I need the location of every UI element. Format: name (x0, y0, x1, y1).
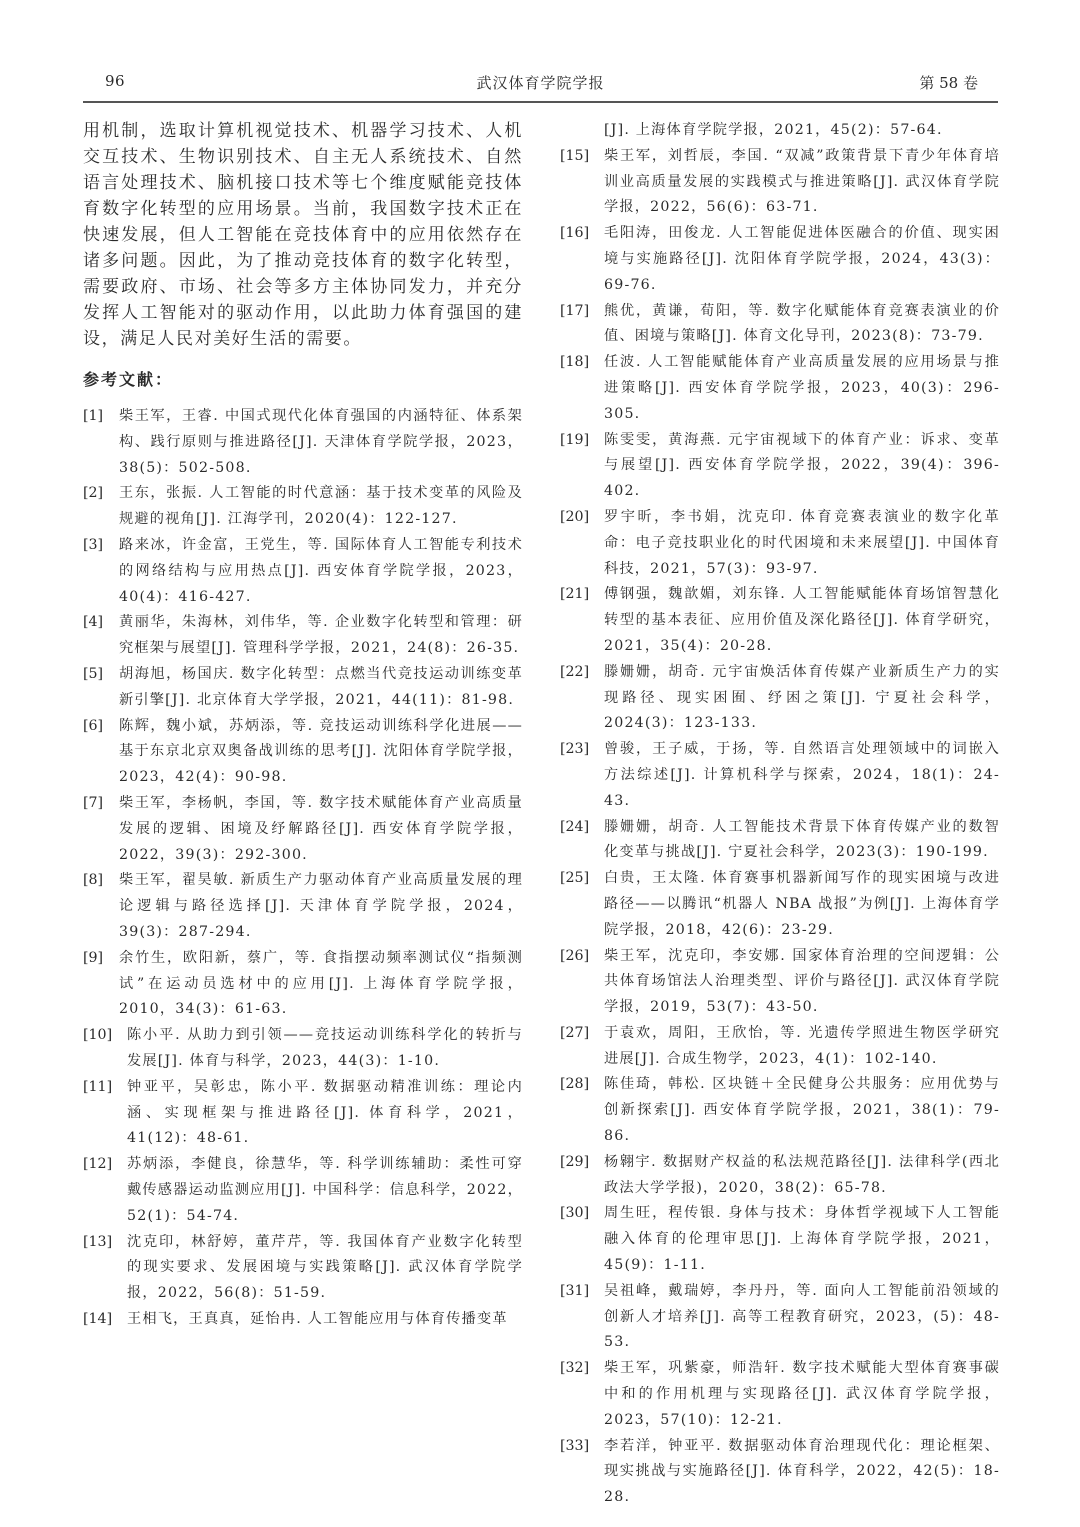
reference-number: [14] (83, 1307, 112, 1333)
reference-number: [30] (560, 1201, 589, 1227)
reference-text: 李若洋，钟亚平. 数据驱动体育治理现代化：理论框架、现实挑战与实施路径[J]. … (604, 1438, 1000, 1506)
reference-text: 柴王军，李杨帆，李国，等. 数字技术赋能体育产业高质量发展的逻辑、困境及纾解路径… (119, 795, 523, 863)
reference-text: 罗宇昕，李书娟，沈克印. 体育竞赛表演业的数字化革命：电子竞技职业化的时代困境和… (604, 509, 1000, 577)
reference-item: [28]陈佳琦，韩松. 区块链＋全民健身公共服务：应用优势与创新探索[J]. 西… (560, 1072, 1000, 1149)
reference-number: [20] (560, 505, 589, 531)
reference-number: [23] (560, 737, 589, 763)
reference-number: [1] (83, 404, 103, 430)
volume-label: 第 58 卷 (919, 72, 978, 93)
reference-number: [16] (560, 221, 589, 247)
reference-item: [13]沈克印，林舒婷，董芹芹，等. 我国体育产业数字化转型的现实要求、发展困境… (83, 1230, 523, 1307)
reference-number: [17] (560, 299, 589, 325)
reference-item: [8]柴王军，翟昊敏. 新质生产力驱动体育产业高质量发展的理论逻辑与路径选择[J… (83, 868, 523, 945)
reference-number: [27] (560, 1021, 589, 1047)
reference-text: 陈雯雯，黄海燕. 元宇宙视域下的体育产业：诉求、变革与展望[J]. 西安体育学院… (604, 432, 1000, 500)
reference-number: [4] (83, 610, 103, 636)
reference-item: [4]黄丽华，朱海林，刘伟华，等. 企业数字化转型和管理：研究框架与展望[J].… (83, 610, 523, 662)
reference-number: [13] (83, 1230, 112, 1256)
reference-item: [15]柴王军，刘哲辰，李国. “双减”政策背景下青少年体育培训业高质量发展的实… (560, 144, 1000, 221)
reference-text: 杨翱宇. 数据财产权益的私法规范路径[J]. 法律科学(西北政法大学学报)，20… (604, 1154, 1000, 1196)
reference-number: [3] (83, 533, 103, 559)
reference-item: [32]柴王军，巩紫豪，师浩轩. 数字技术赋能大型体育赛事碳中和的作用机理与实现… (560, 1356, 1000, 1433)
reference-number: [10] (83, 1023, 112, 1049)
reference-number: [18] (560, 350, 589, 376)
reference-item: [21]傅钢强，魏歆媚，刘东锋. 人工智能赋能体育场馆智慧化转型的基本表征、应用… (560, 582, 1000, 659)
reference-item: [24]滕姗姗，胡奇. 人工智能技术背景下体育传媒产业的数智化变革与挑战[J].… (560, 815, 1000, 867)
reference-item: [5]胡海旭，杨国庆. 数字化转型：点燃当代竞技运动训练变革新引擎[J]. 北京… (83, 662, 523, 714)
reference-item: [23]曾骏，王子威，于扬，等. 自然语言处理领域中的词嵌入方法综述[J]. 计… (560, 737, 1000, 814)
reference-item: [19]陈雯雯，黄海燕. 元宇宙视域下的体育产业：诉求、变革与展望[J]. 西安… (560, 428, 1000, 505)
references-heading: 参考文献： (83, 367, 523, 390)
reference-item: [9]余竹生，欧阳新，蔡广，等. 食指摆动频率测试仪“指频测试”在运动员选材中的… (83, 946, 523, 1023)
reference-item: [12]苏炳添，李健良，徐慧华，等. 科学训练辅助：柔性可穿戴传感器运动监测应用… (83, 1152, 523, 1229)
reference-text: 于袁欢，周阳，王欣怡，等. 光遗传学照进生物医学研究进展[J]. 合成生物学，2… (604, 1025, 1000, 1067)
reference-text: 傅钢强，魏歆媚，刘东锋. 人工智能赋能体育场馆智慧化转型的基本表征、应用价值及深… (604, 586, 1000, 654)
reference-number: [24] (560, 815, 589, 841)
reference-number: [9] (83, 946, 103, 972)
reference-item: [33]李若洋，钟亚平. 数据驱动体育治理现代化：理论框架、现实挑战与实施路径[… (560, 1434, 1000, 1511)
reference-number: [7] (83, 791, 103, 817)
reference-item: [22]滕姗姗，胡奇. 元宇宙焕活体育传媒产业新质生产力的实现路径、现实困囿、纾… (560, 660, 1000, 737)
reference-number: [2] (83, 481, 103, 507)
reference-text: 滕姗姗，胡奇. 元宇宙焕活体育传媒产业新质生产力的实现路径、现实困囿、纾困之策[… (604, 664, 1000, 732)
reference-number: [33] (560, 1434, 589, 1460)
reference-text: 柴王军，刘哲辰，李国. “双减”政策背景下青少年体育培训业高质量发展的实践模式与… (604, 148, 1000, 216)
reference-text: 柴王军，王睿. 中国式现代化体育强国的内涵特征、体系架构、践行原则与推进路径[J… (119, 408, 523, 476)
reference-number: [8] (83, 868, 103, 894)
reference-item: [1]柴王军，王睿. 中国式现代化体育强国的内涵特征、体系架构、践行原则与推进路… (83, 404, 523, 481)
reference-text: 吴祖峰，戴瑞婷，李丹丹，等. 面向人工智能前沿领域的创新人才培养[J]. 高等工… (604, 1283, 1000, 1351)
reference-text: 滕姗姗，胡奇. 人工智能技术背景下体育传媒产业的数智化变革与挑战[J]. 宁夏社… (604, 819, 1000, 861)
reference-text: 沈克印，林舒婷，董芹芹，等. 我国体育产业数字化转型的现实要求、发展困境与实践策… (127, 1234, 523, 1302)
reference-number: [19] (560, 428, 589, 454)
reference-number: [31] (560, 1279, 589, 1305)
journal-title: 武汉体育学院学报 (83, 72, 998, 93)
reference-text: 柴王军，翟昊敏. 新质生产力驱动体育产业高质量发展的理论逻辑与路径选择[J]. … (119, 872, 523, 940)
reference-text: 路来冰，许金富，王党生，等. 国际体育人工智能专利技术的网络结构与应用热点[J]… (119, 537, 523, 605)
reference-item: [11]钟亚平，吴彰忠，陈小平. 数据驱动精准训练：理论内涵、实现框架与推进路径… (83, 1075, 523, 1152)
reference-text: 陈辉，魏小斌，苏炳添，等. 竞技运动训练科学化进展——基于东京北京双奥备战训练的… (119, 718, 523, 786)
reference-text: 柴王军，巩紫豪，师浩轩. 数字技术赋能大型体育赛事碳中和的作用机理与实现路径[J… (604, 1360, 1000, 1428)
reference-list-right: [15]柴王军，刘哲辰，李国. “双减”政策背景下青少年体育培训业高质量发展的实… (560, 144, 1000, 1511)
reference-text: 余竹生，欧阳新，蔡广，等. 食指摆动频率测试仪“指频测试”在运动员选材中的应用[… (119, 950, 523, 1018)
reference-text: 陈小平. 从助力到引领——竞技运动训练科学化的转折与发展[J]. 体育与科学，2… (127, 1027, 523, 1069)
reference-text: 白贵，王太隆. 体育赛事机器新闻写作的现实困境与改进路径——以腾讯“机器人 NB… (604, 870, 1000, 938)
reference-item: [20]罗宇昕，李书娟，沈克印. 体育竞赛表演业的数字化革命：电子竞技职业化的时… (560, 505, 1000, 582)
header-rule (83, 101, 998, 103)
reference-item: [2]王东，张振. 人工智能的时代意涵：基于技术变革的风险及规避的视角[J]. … (83, 481, 523, 533)
reference-number: [15] (560, 144, 589, 170)
reference-item: [7]柴王军，李杨帆，李国，等. 数字技术赋能体育产业高质量发展的逻辑、困境及纾… (83, 791, 523, 868)
reference-item: [17]熊优，黄谦，荀阳，等. 数字化赋能体育竞赛表演业的价值、困境与策略[J]… (560, 299, 1000, 351)
reference-item: [25]白贵，王太隆. 体育赛事机器新闻写作的现实困境与改进路径——以腾讯“机器… (560, 866, 1000, 943)
reference-item: [3]路来冰，许金富，王党生，等. 国际体育人工智能专利技术的网络结构与应用热点… (83, 533, 523, 610)
reference-text: 周生旺，程传银. 身体与技术：身体哲学视域下人工智能融入体育的伦理审思[J]. … (604, 1205, 1000, 1273)
reference-number: [26] (560, 944, 589, 970)
reference-text: 任波. 人工智能赋能体育产业高质量发展的应用场景与推进策略[J]. 西安体育学院… (604, 354, 1000, 422)
reference-number: [28] (560, 1072, 589, 1098)
reference-number: [21] (560, 582, 589, 608)
reference-number: [25] (560, 866, 589, 892)
reference-item: [10]陈小平. 从助力到引领——竞技运动训练科学化的转折与发展[J]. 体育与… (83, 1023, 523, 1075)
reference-list-left: [1]柴王军，王睿. 中国式现代化体育强国的内涵特征、体系架构、践行原则与推进路… (83, 404, 523, 1333)
reference-item: [30]周生旺，程传银. 身体与技术：身体哲学视域下人工智能融入体育的伦理审思[… (560, 1201, 1000, 1278)
body-paragraph: 用机制，选取计算机视觉技术、机器学习技术、人机交互技术、生物识别技术、自主无人系… (83, 118, 523, 352)
reference-number: [11] (83, 1075, 112, 1101)
reference-text: 黄丽华，朱海林，刘伟华，等. 企业数字化转型和管理：研究框架与展望[J]. 管理… (119, 614, 523, 656)
reference-item: [26]柴王军，沈克印，李安娜. 国家体育治理的空间逻辑：公共体育场馆法人治理类… (560, 944, 1000, 1021)
reference-continuation: [J]. 上海体育学院学报，2021，45(2)：57-64. (560, 118, 1000, 144)
reference-text: 钟亚平，吴彰忠，陈小平. 数据驱动精准训练：理论内涵、实现框架与推进路径[J].… (127, 1079, 523, 1147)
reference-text: 王相飞，王真真，延怡冉. 人工智能应用与体育传播变革 (127, 1311, 508, 1327)
reference-text: 胡海旭，杨国庆. 数字化转型：点燃当代竞技运动训练变革新引擎[J]. 北京体育大… (119, 666, 523, 708)
reference-number: [5] (83, 662, 103, 688)
reference-text: 苏炳添，李健良，徐慧华，等. 科学训练辅助：柔性可穿戴传感器运动监测应用[J].… (127, 1156, 523, 1224)
right-column: [J]. 上海体育学院学报，2021，45(2)：57-64. [15]柴王军，… (560, 118, 1000, 1511)
reference-item: [6]陈辉，魏小斌，苏炳添，等. 竞技运动训练科学化进展——基于东京北京双奥备战… (83, 714, 523, 791)
reference-item: [16]毛阳涛，田俊龙. 人工智能促进体医融合的价值、现实困境与实施路径[J].… (560, 221, 1000, 298)
reference-number: [12] (83, 1152, 112, 1178)
reference-text: 柴王军，沈克印，李安娜. 国家体育治理的空间逻辑：公共体育场馆法人治理类型、评价… (604, 948, 1000, 1016)
reference-text: 熊优，黄谦，荀阳，等. 数字化赋能体育竞赛表演业的价值、困境与策略[J]. 体育… (604, 303, 1000, 345)
left-column: 用机制，选取计算机视觉技术、机器学习技术、人机交互技术、生物识别技术、自主无人系… (83, 118, 523, 1333)
reference-number: [6] (83, 714, 103, 740)
reference-number: [22] (560, 660, 589, 686)
reference-item: [14]王相飞，王真真，延怡冉. 人工智能应用与体育传播变革 (83, 1307, 523, 1333)
reference-text: 王东，张振. 人工智能的时代意涵：基于技术变革的风险及规避的视角[J]. 江海学… (119, 485, 523, 527)
reference-item: [27]于袁欢，周阳，王欣怡，等. 光遗传学照进生物医学研究进展[J]. 合成生… (560, 1021, 1000, 1073)
reference-number: [29] (560, 1150, 589, 1176)
reference-item: [18]任波. 人工智能赋能体育产业高质量发展的应用场景与推进策略[J]. 西安… (560, 350, 1000, 427)
running-header: 96 武汉体育学院学报 第 58 卷 (83, 66, 998, 102)
reference-text: 陈佳琦，韩松. 区块链＋全民健身公共服务：应用优势与创新探索[J]. 西安体育学… (604, 1076, 1000, 1144)
reference-text: 毛阳涛，田俊龙. 人工智能促进体医融合的价值、现实困境与实施路径[J]. 沈阳体… (604, 225, 1000, 293)
reference-item: [31]吴祖峰，戴瑞婷，李丹丹，等. 面向人工智能前沿领域的创新人才培养[J].… (560, 1279, 1000, 1356)
reference-item: [29]杨翱宇. 数据财产权益的私法规范路径[J]. 法律科学(西北政法大学学报… (560, 1150, 1000, 1202)
reference-text: 曾骏，王子威，于扬，等. 自然语言处理领域中的词嵌入方法综述[J]. 计算机科学… (604, 741, 1000, 809)
reference-number: [32] (560, 1356, 589, 1382)
